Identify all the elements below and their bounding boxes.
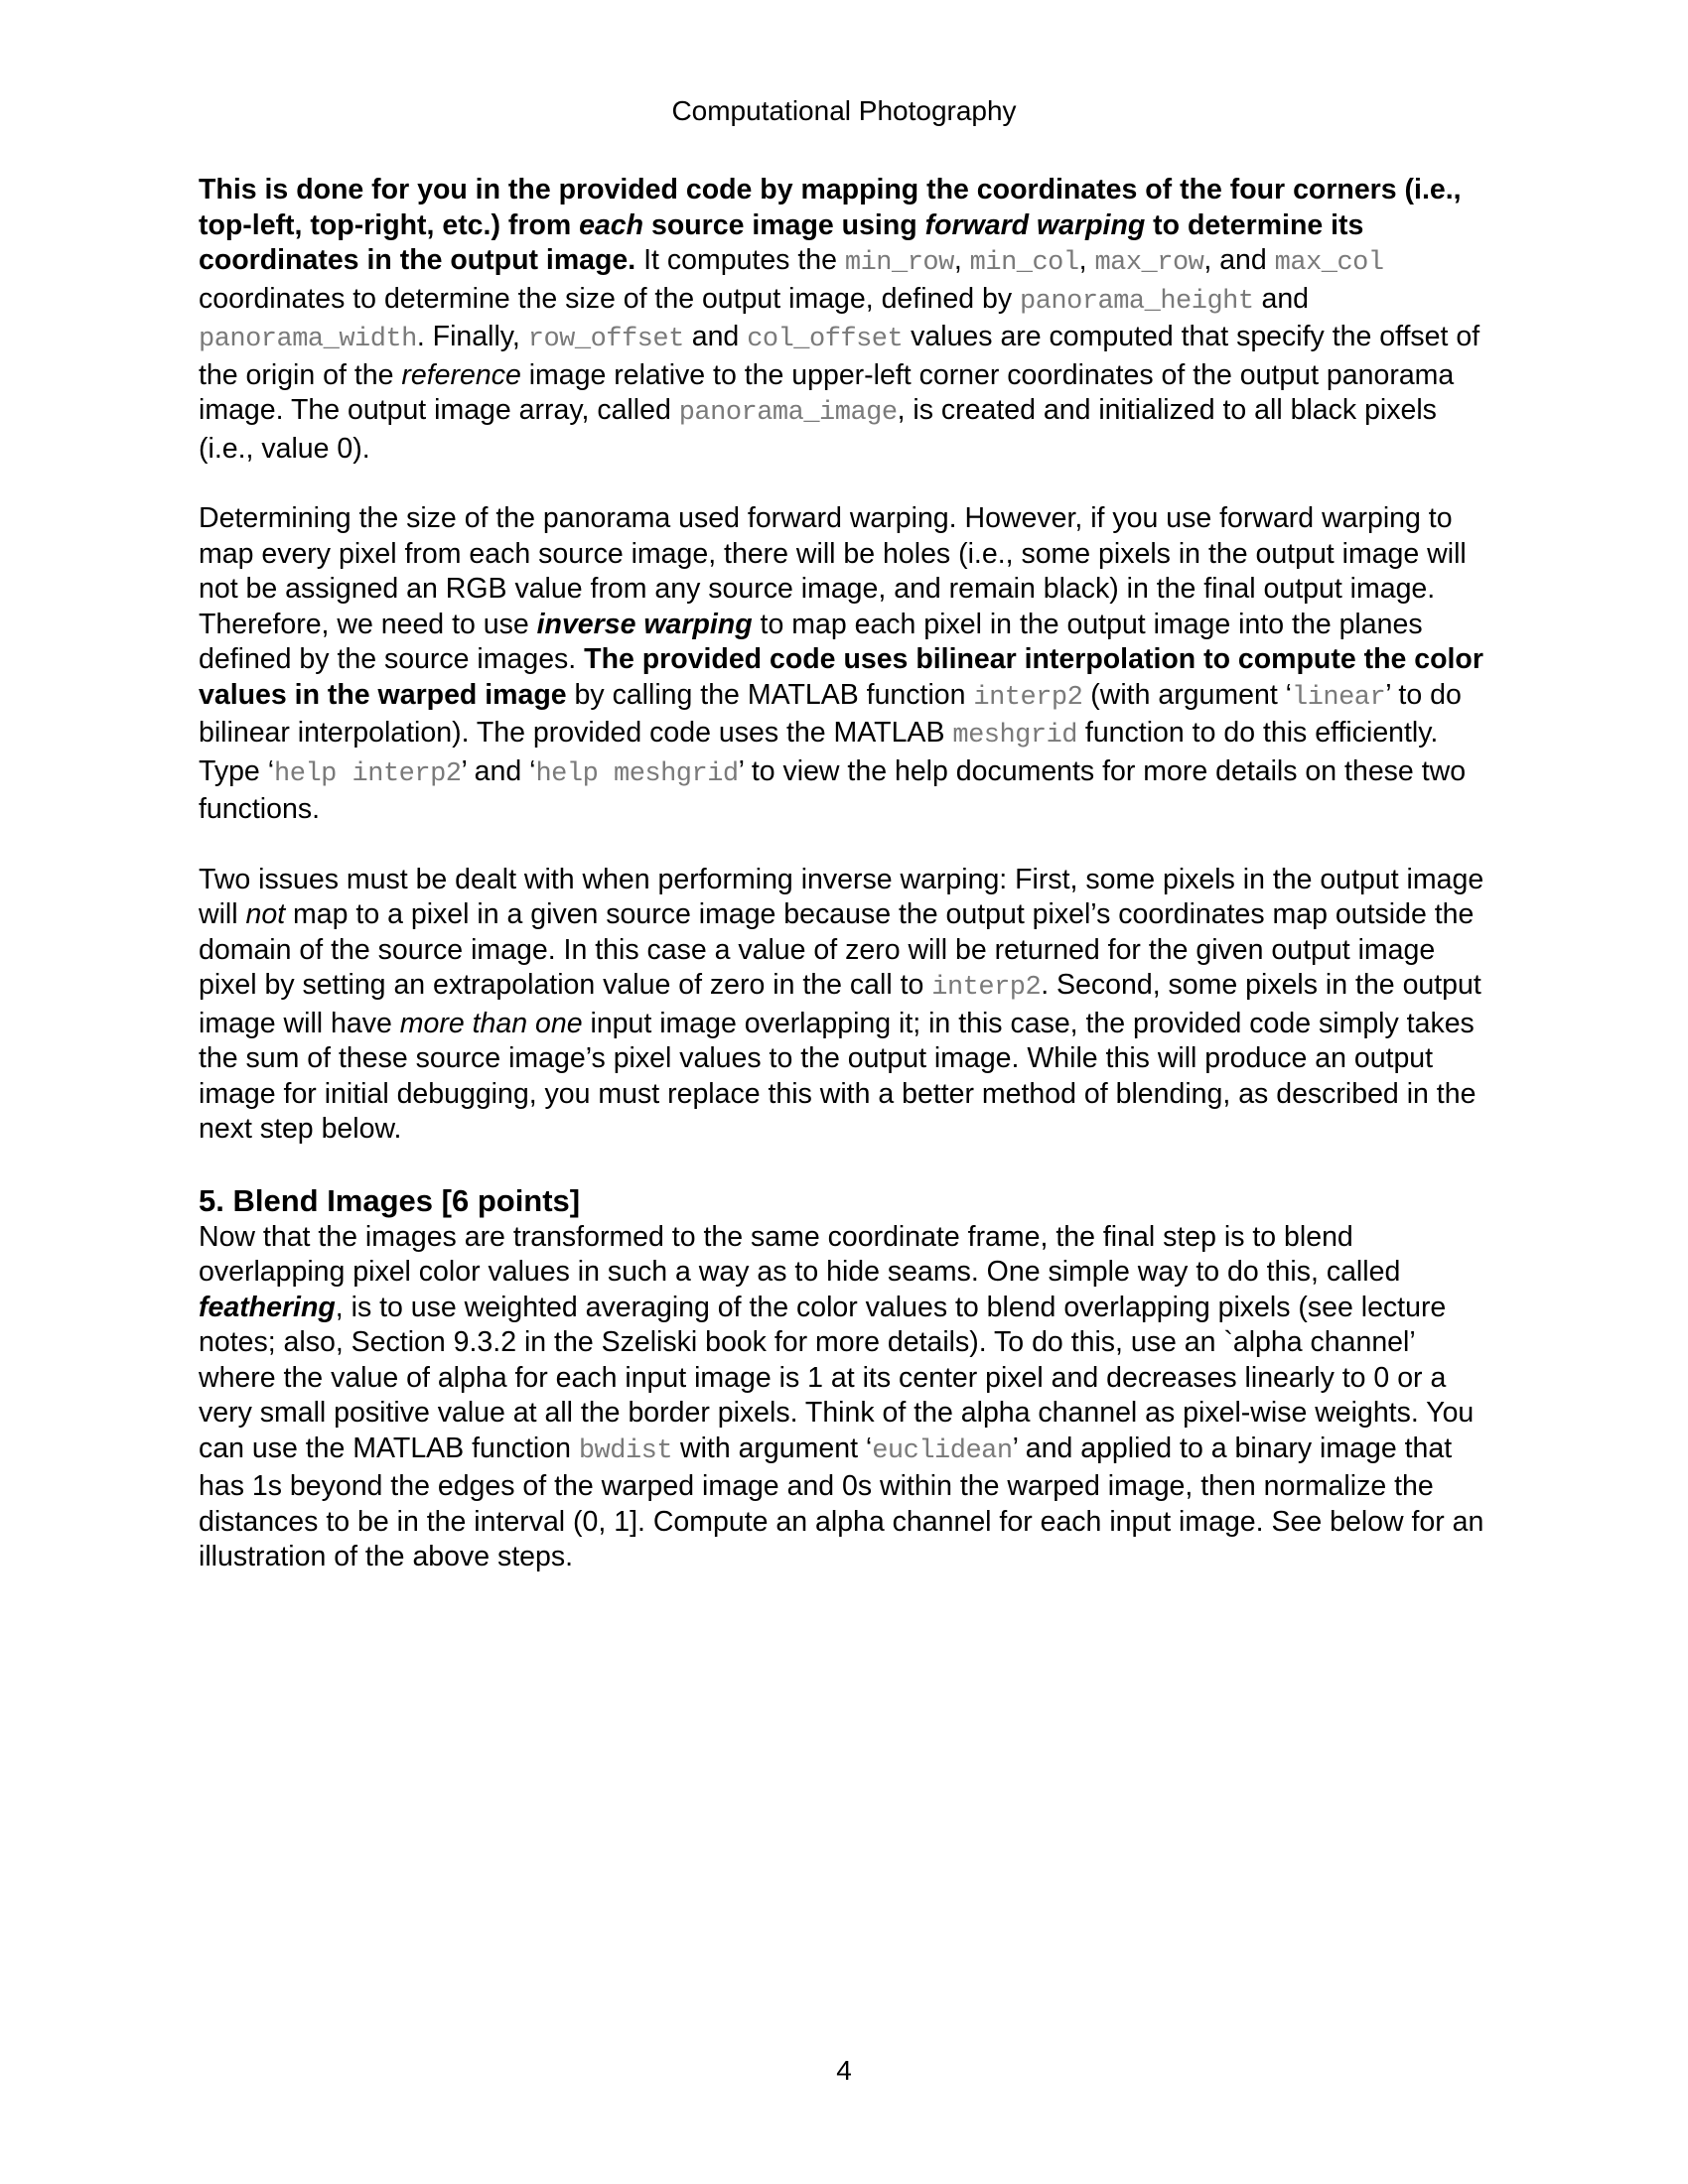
page-number-text: 4: [836, 2055, 852, 2086]
inline-code: bwdist: [579, 1436, 672, 1466]
inline-code: max_col: [1275, 248, 1384, 278]
text-run: . Finally,: [417, 321, 528, 352]
text-run: It computes the: [635, 244, 845, 276]
paragraph-inverse-warping: Determining the size of the panorama use…: [199, 501, 1499, 828]
paragraph-inverse-warping-issues: Two issues must be dealt with when perfo…: [199, 863, 1499, 1148]
text-run: ,: [1079, 244, 1095, 276]
inline-code: help interp2: [274, 759, 461, 789]
inline-code: min_row: [845, 248, 954, 278]
inline-code: min_col: [970, 248, 1079, 278]
bold-italic-text: feathering: [199, 1292, 336, 1323]
inline-code: panorama_image: [679, 398, 898, 428]
text-run: and: [684, 321, 747, 352]
italic-text: more than one: [400, 1008, 583, 1039]
inline-code: panorama_width: [199, 325, 417, 354]
inline-code: help meshgrid: [535, 759, 738, 789]
inline-code: col_offset: [747, 325, 903, 354]
page-number: 4: [0, 2055, 1688, 2087]
inline-code: linear: [1292, 683, 1385, 713]
inline-code: meshgrid: [952, 721, 1077, 751]
text-run: (with argument ‘: [1082, 679, 1292, 711]
section-heading-blend-images: 5. Blend Images [6 points]: [199, 1182, 1499, 1220]
text-run: by calling the MATLAB function: [567, 679, 974, 711]
text-run: , and: [1203, 244, 1274, 276]
text-run: coordinates to determine the size of the…: [199, 283, 1020, 315]
inline-code: euclidean: [872, 1436, 1012, 1466]
text-run: and: [1254, 283, 1309, 315]
document-title: Computational Photography: [671, 95, 1016, 126]
italic-text: not: [246, 898, 286, 930]
inline-code: interp2: [931, 973, 1041, 1003]
bold-text: source image using: [643, 209, 925, 241]
inline-code: max_row: [1094, 248, 1203, 278]
inline-code: row_offset: [528, 325, 684, 354]
text-run: with argument ‘: [672, 1433, 872, 1464]
paragraph-corner-mapping: This is done for you in the provided cod…: [199, 173, 1499, 467]
bold-italic-text: each: [579, 209, 643, 241]
text-run: ,: [954, 244, 970, 276]
document-body: This is done for you in the provided cod…: [199, 173, 1499, 1575]
inline-code: panorama_height: [1020, 287, 1254, 317]
inline-code: interp2: [973, 683, 1082, 713]
bold-italic-text: inverse warping: [537, 609, 753, 640]
text-run: Now that the images are transformed to t…: [199, 1221, 1400, 1289]
page-header: Computational Photography: [0, 94, 1688, 128]
paragraph-feathering: Now that the images are transformed to t…: [199, 1220, 1499, 1575]
text-run: ’ and ‘: [461, 755, 535, 787]
bold-italic-text: forward warping: [925, 209, 1146, 241]
italic-text: reference: [401, 359, 520, 391]
